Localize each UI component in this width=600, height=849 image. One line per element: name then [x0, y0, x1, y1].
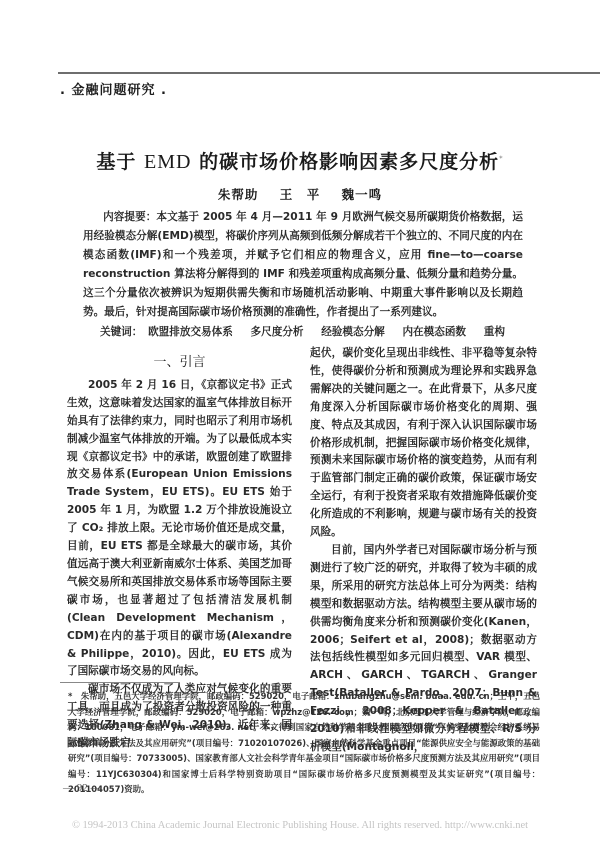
keyword: 内在模态函数	[402, 326, 466, 338]
abstract-text: 本文基于 2005 年 4 月—2011 年 9 月欧洲气候交易所碳期货价格数据…	[83, 211, 523, 318]
body-paragraph: 2005 年 2 月 16 日，《京都议定书》正式生效，这意味着发达国家的温室气…	[67, 377, 292, 681]
footnote: * 朱帮助，五邑大学经济管理学院，邮政编码：529020，电子邮箱：zhuban…	[68, 689, 540, 798]
footnote-rule	[60, 682, 180, 683]
keywords: 关键词： 欧盟排放交易体系 多尺度分析 经验模态分解 内在模态函数 重构	[100, 324, 517, 339]
title-footnote-mark: *	[499, 155, 504, 163]
paper-page: . 金融问题研究 . 基于 EMD 的碳市场价格影响因素多尺度分析* 朱帮助 王…	[0, 0, 600, 849]
header-rule	[58, 72, 600, 74]
keyword: 经验模态分解	[321, 326, 385, 338]
keyword: 欧盟排放交易体系	[148, 326, 233, 338]
section-heading: 一、引言	[67, 354, 292, 372]
title-suffix: 的碳市场价格影响因素多尺度分析	[199, 151, 499, 173]
article-title: 基于 EMD 的碳市场价格影响因素多尺度分析*	[0, 147, 600, 174]
footnote-text: 朱帮助，五邑大学经济管理学院，邮政编码：529020，电子邮箱：zhubangz…	[68, 691, 540, 794]
copyright-notice: © 1994-2013 China Academic Journal Elect…	[0, 820, 600, 831]
author-list: 朱帮助 王 平 魏一鸣	[0, 185, 600, 203]
author: 魏一鸣	[342, 187, 383, 202]
abstract-label: 内容提要：	[103, 211, 156, 223]
page-number: — 92 —	[63, 782, 102, 794]
abstract: 内容提要：本文基于 2005 年 4 月—2011 年 9 月欧洲气候交易所碳期…	[83, 208, 523, 322]
keyword: 重构	[484, 326, 505, 338]
author: 王 平	[280, 187, 321, 202]
author: 朱帮助	[218, 187, 259, 202]
section-tag: . 金融问题研究 .	[60, 79, 167, 98]
footnote-mark: *	[68, 691, 72, 701]
keywords-label: 关键词：	[100, 326, 142, 338]
keyword: 多尺度分析	[251, 326, 304, 338]
body-paragraph: 起伏，碳价变化呈现出非线性、非平稳等复杂特性，使得碳价分析和预测成为理论界和实践…	[310, 345, 537, 542]
title-prefix: 基于	[96, 151, 136, 173]
title-latin: EMD	[144, 151, 191, 173]
